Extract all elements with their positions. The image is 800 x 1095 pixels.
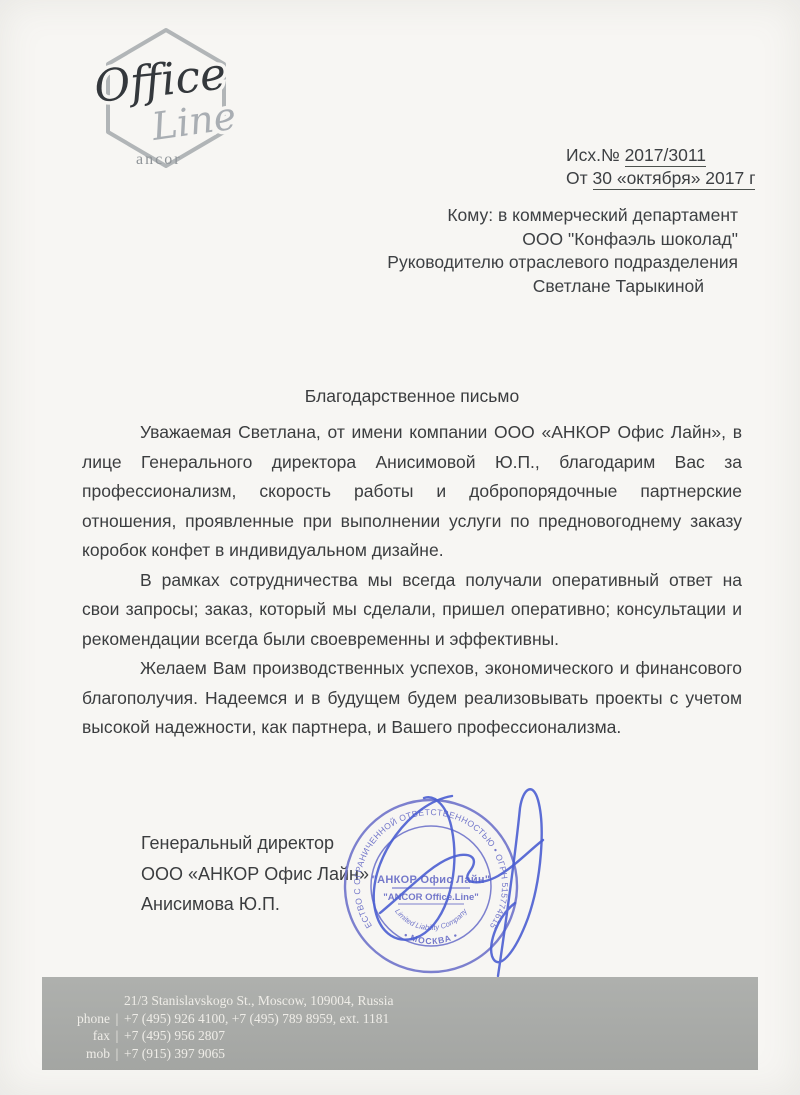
footer-sep: | [110, 1045, 124, 1063]
letter-title: Благодарственное письмо [82, 386, 742, 407]
ref-number-line: Исх.№ 2017/3011 [566, 144, 755, 167]
footer-mob-row: mob | +7 (915) 397 9065 [42, 1045, 758, 1063]
stamp-inner-arc-text-city: • МОСКВА • [402, 930, 460, 946]
body-paragraph: Уважаемая Светлана, от имени компании ОО… [82, 418, 742, 566]
letter-page: Office Line ancor Исх.№ 2017/3011 От 30 … [0, 0, 800, 1095]
ref-number-label: Исх.№ [566, 145, 625, 165]
recipient-line: Светлане Тарыкиной [387, 275, 738, 299]
office-line-logo: Office Line ancor [86, 26, 246, 176]
ref-date-label: От [566, 168, 588, 188]
footer-contact-band: 21/3 Stanislavskogo St., Moscow, 109004,… [42, 977, 758, 1070]
footer-mob-label: mob [42, 1045, 110, 1063]
svg-text:• МОСКВА •: • МОСКВА • [402, 930, 460, 946]
footer-address: 21/3 Stanislavskogo St., Moscow, 109004,… [124, 992, 394, 1010]
body-paragraph: В рамках сотрудничества мы всегда получа… [82, 566, 742, 655]
ref-date-line: От 30 «октября» 2017 г [566, 167, 755, 190]
stamp-and-signature: ОБЩЕСТВО С ОГРАНИЧЕННОЙ ОТВЕТСТВЕННОСТЬЮ… [330, 778, 566, 992]
recipient-line: Кому: в коммерческий департамент [387, 204, 738, 228]
footer-address-row: 21/3 Stanislavskogo St., Moscow, 109004,… [42, 992, 758, 1010]
footer-phone-row: phone | +7 (495) 926 4100, +7 (495) 789 … [42, 1010, 758, 1028]
recipient-block: Кому: в коммерческий департамент ООО "Ко… [387, 204, 738, 298]
logo-word-ancor: ancor [136, 151, 182, 168]
recipient-line: ООО "Конфаэль шоколад" [387, 228, 738, 252]
recipient-line: Руководителю отраслевого подразделения [387, 251, 738, 275]
letter-body: Уважаемая Светлана, от имени компании ОО… [82, 418, 742, 743]
body-paragraph: Желаем Вам производственных успехов, эко… [82, 654, 742, 743]
footer-mob-value: +7 (915) 397 9065 [124, 1045, 225, 1063]
footer-fax-label: fax [42, 1027, 110, 1045]
footer-fax-value: +7 (495) 956 2807 [124, 1027, 225, 1045]
footer-address-label [42, 992, 110, 1010]
footer-phone-value: +7 (495) 926 4100, +7 (495) 789 8959, ex… [124, 1010, 389, 1028]
footer-phone-label: phone [42, 1010, 110, 1028]
ref-block: Исх.№ 2017/3011 От 30 «октября» 2017 г [566, 144, 755, 190]
stamp-center-line1: "АНКОР Офис Лайн" [372, 874, 491, 886]
footer-sep: | [110, 1010, 124, 1028]
ref-number-value: 2017/3011 [625, 145, 706, 167]
footer-sep: | [110, 1027, 124, 1045]
ref-date-value: 30 «октября» 2017 г [593, 168, 756, 190]
footer-fax-row: fax | +7 (495) 956 2807 [42, 1027, 758, 1045]
footer-address-sep [110, 992, 124, 1010]
